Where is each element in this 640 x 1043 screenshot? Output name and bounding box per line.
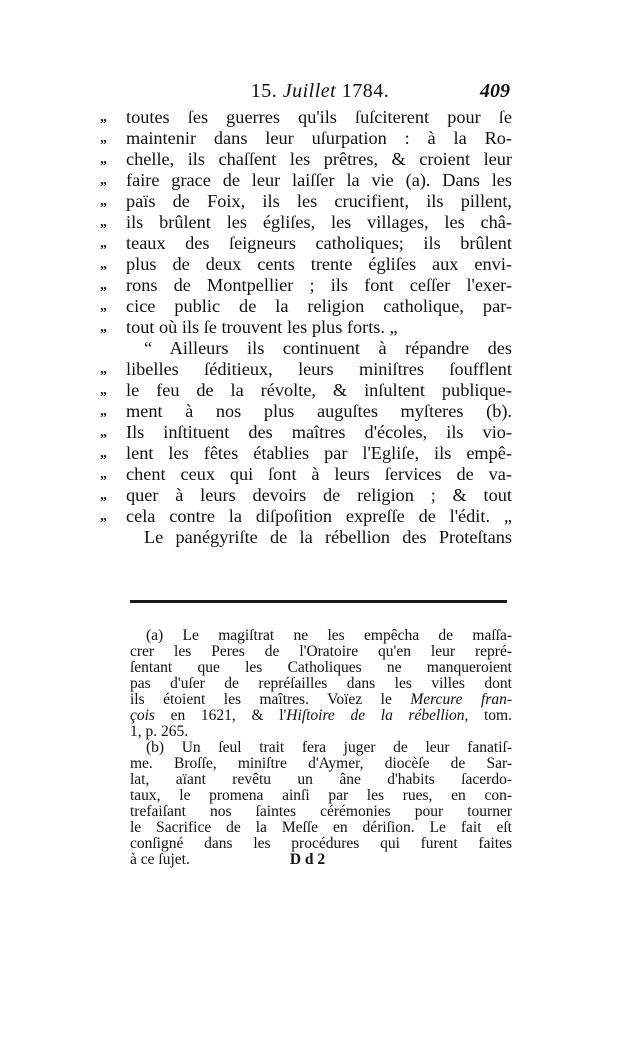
quote-mark: „	[100, 107, 122, 128]
text-line: „chent ceux qui ſont à leurs ſervices de…	[100, 464, 512, 485]
quote-mark: „	[100, 254, 122, 275]
text-line: „libelles ſéditieux, leurs miniſtres ſou…	[100, 359, 512, 380]
book-page: 15. Juillet 1784. 409 „toutes ſes guerre…	[0, 0, 640, 1043]
header-year: 1784.	[342, 80, 390, 102]
text-line: „maintenir dans leur uſurpation : à la R…	[100, 128, 512, 149]
quote-mark: „	[100, 359, 122, 380]
footnotes: (a) Le magiſtrat ne les empêcha de maſſa…	[130, 628, 512, 868]
quote-mark: „	[100, 170, 122, 191]
quote-mark: „	[100, 149, 122, 170]
text-line: „rons de Montpellier ; ils font ceſſer l…	[100, 275, 512, 296]
text-line: „lent les fêtes établies par l'Egliſe, i…	[100, 443, 512, 464]
text-line: „tout où ils ſe trouvent les plus forts.…	[100, 317, 512, 338]
quote-mark: „	[100, 401, 122, 422]
citation-title: çois	[130, 707, 155, 724]
text-line: „ment à nos plus auguſtes myſteres (b).	[100, 401, 512, 422]
page-number: 409	[480, 80, 510, 103]
quote-mark: „	[100, 128, 122, 149]
quote-mark: „	[100, 317, 122, 338]
header-day: 15.	[251, 80, 278, 102]
text-line: „le feu de la révolte, & inſultent publi…	[100, 380, 512, 401]
text-line: „chelle, ils chaſſent les prêtres, & cro…	[100, 149, 512, 170]
text-line: „toutes ſes guerres qu'ils ſuſciterent p…	[100, 107, 512, 128]
quote-mark: „	[100, 380, 122, 401]
footnote-a: (a) Le magiſtrat ne les empêcha de maſſa…	[130, 628, 512, 740]
quote-mark: „	[100, 443, 122, 464]
text-line: „Ils inſtituent des maîtres d'écoles, il…	[100, 422, 512, 443]
text-line-paragraph-start: “ Ailleurs ils continuent à répandre des	[100, 338, 512, 359]
quote-mark: „	[100, 233, 122, 254]
quote-mark: „	[100, 191, 122, 212]
citation-title: Mercure fran-	[410, 691, 512, 708]
quote-mark: „	[100, 506, 122, 527]
text-line: „ils brûlent les égliſes, les villages, …	[100, 212, 512, 233]
text-line: „quer à leurs devoirs de religion ; & to…	[100, 485, 512, 506]
text-line: „cice public de la religion catholique, …	[100, 296, 512, 317]
running-title: 15. Juillet 1784.	[130, 80, 510, 103]
body-text: „toutes ſes guerres qu'ils ſuſciterent p…	[100, 107, 512, 548]
quote-mark: „	[100, 464, 122, 485]
footnote-b: (b) Un ſeul trait fera juger de leur fan…	[130, 740, 512, 868]
quote-mark: „	[100, 485, 122, 506]
quote-mark: „	[100, 275, 122, 296]
citation-title: Hiſtoire de la rébellion	[286, 707, 464, 724]
quote-mark: „	[100, 296, 122, 317]
text-line-paragraph-start: Le panégyriſte de la rébellion des Prote…	[100, 527, 512, 548]
quote-mark: „	[100, 422, 122, 443]
footnote-separator-rule	[130, 600, 507, 603]
text-line: „cela contre la diſpoſition expreſſe de …	[100, 506, 512, 527]
header-month: Juillet	[283, 80, 336, 102]
quote-mark: „	[100, 212, 122, 233]
text-line: „plus de deux cents trente égliſes aux e…	[100, 254, 512, 275]
signature-mark: D d 2	[290, 852, 325, 868]
running-header: 15. Juillet 1784. 409	[130, 80, 510, 104]
text-line: „païs de Foix, ils les crucifient, ils p…	[100, 191, 512, 212]
text-line: „teaux des ſeigneurs catholiques; ils br…	[100, 233, 512, 254]
text-line: „faire grace de leur laiſſer la vie (a).…	[100, 170, 512, 191]
